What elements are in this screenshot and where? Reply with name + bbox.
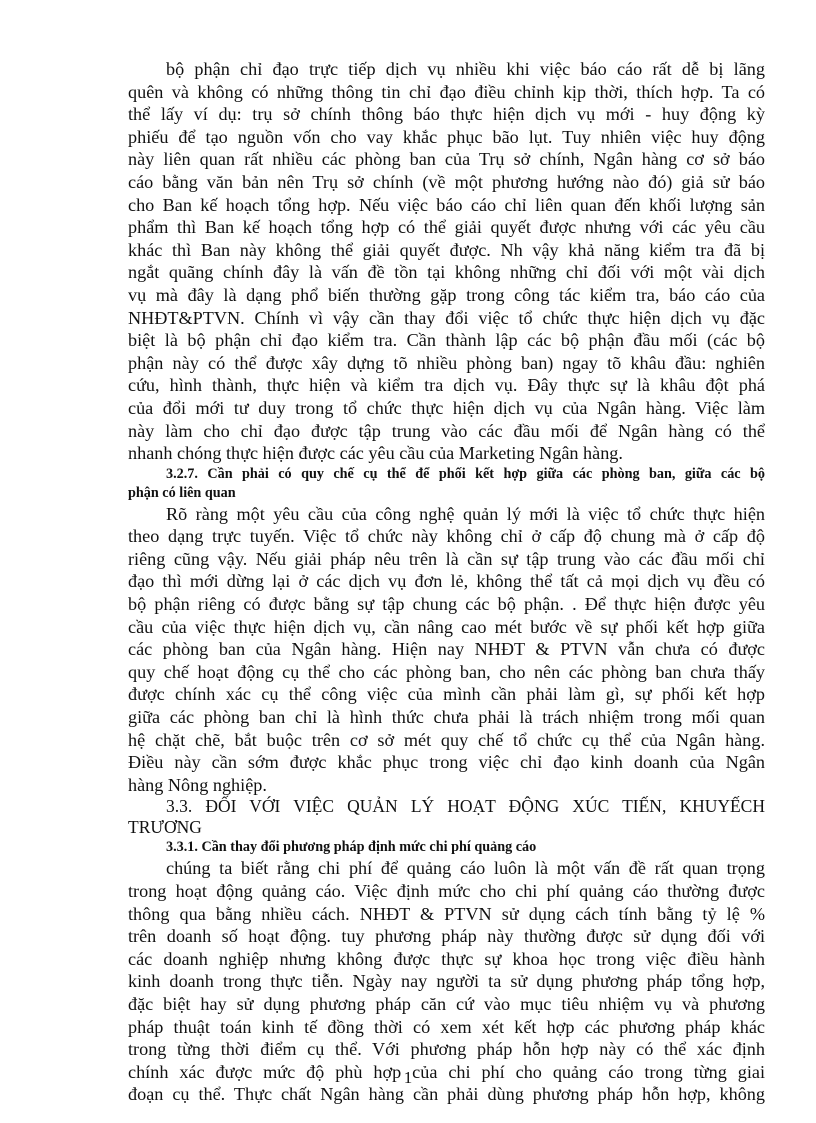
text-line: phận này có thể được xây dựng tõ nhiều p… [128,352,765,375]
heading-line: 3.2.7. Cần phải có quy chế cụ thể để phố… [128,465,765,484]
heading-line: phận có liên quan [128,484,765,503]
text-line: trong từng thời điểm cụ thể. Với phương … [128,1038,765,1061]
text-line: nhanh chóng thực hiện được các yêu cầu c… [128,442,765,465]
text-line: giữa các phòng ban chỉ là hình thức chưa… [128,706,765,729]
text-line: phiếu để tạo nguồn vốn cho vay khắc phục… [128,126,765,149]
text-line: các doanh nghiệp nhưng không được thực s… [128,948,765,971]
text-line: của đổi mới tư duy trong tổ chức thực hi… [128,397,765,420]
text-line: bộ phận riêng có được bằng sự tập chung … [128,593,765,616]
text-line: các phòng ban của Ngân hàng. Hiện nay NH… [128,638,765,661]
paragraph-coordination: Rõ ràng một yêu cầu của công nghệ quản l… [128,503,765,797]
text-line: phẩm thì Ban kế hoạch tổng hợp có thể gi… [128,216,765,239]
text-line: được chính xác cụ thể công việc của mình… [128,683,765,706]
text-line: cáo bằng văn bản nên Trụ sở chính (về mộ… [128,171,765,194]
text-line: quy chế hoạt động cụ thể cho các phòng b… [128,661,765,684]
text-line: theo dạng trực tuyến. Việc tổ chức này k… [128,525,765,548]
text-line: vụ mà đây là dạng phổ biến thường gặp tr… [128,284,765,307]
text-line: khác thì Ban này không thể giải quyết đư… [128,239,765,262]
text-line: chúng ta biết rằng chi phí để quảng cáo … [128,857,765,880]
text-line: này làm cho chỉ đạo được tập trung vào c… [128,420,765,443]
text-line: thể lấy ví dụ: trụ sở chính thông báo th… [128,103,765,126]
text-line: NHĐT&PTVN. Chính vì vậy cần thay đổi việ… [128,307,765,330]
text-line: kinh doanh trong thực tiễn. Ngày nay ngư… [128,970,765,993]
text-line: đạo thì mới dừng lại ở các dịch vụ đơn l… [128,570,765,593]
text-line: hệ chặt chẽ, bắt buộc trên cơ sở mét quy… [128,729,765,752]
text-line: pháp thuật toán kinh tế đồng thời có xem… [128,1016,765,1039]
document-page: bộ phận chỉ đạo trực tiếp dịch vụ nhiều … [128,58,765,1106]
text-line: biệt là bộ phận chỉ đạo kiểm tra. Cần th… [128,329,765,352]
text-line: bộ phận chỉ đạo trực tiếp dịch vụ nhiều … [128,58,765,81]
text-line: hàng Nông nghiệp. [128,774,765,797]
text-line: trên doanh số hoạt động. tuy phương pháp… [128,925,765,948]
heading-line: 3.3. ĐỐI VỚI VIỆC QUẢN LÝ HOẠT ĐỘNG XÚC … [128,796,765,817]
text-line: ngắt quãng chính đây là vấn đề tồn tại k… [128,261,765,284]
text-line: riêng cũng vậy. Nếu giải pháp nêu trên l… [128,548,765,571]
text-line: này liên quan rất nhiều các phòng ban củ… [128,148,765,171]
text-line: thông qua bằng nhiều cách. NHĐT & PTVN s… [128,903,765,926]
section-heading-3-2-7: 3.2.7. Cần phải có quy chế cụ thể để phố… [128,465,765,503]
heading-line: TRƯƠNG [128,817,765,838]
text-line: cho Ban kế hoạch tổng hợp. Nếu việc báo … [128,194,765,217]
section-heading-3-3: 3.3. ĐỐI VỚI VIỆC QUẢN LÝ HOẠT ĐỘNG XÚC … [128,796,765,838]
text-line: cứu, hình thành, thực hiện và kiểm tra d… [128,374,765,397]
text-line: trong hoạt động quảng cáo. Việc định mức… [128,880,765,903]
text-line: Điều này cần sớm được khắc phục trong vi… [128,751,765,774]
text-line: quên và không có những thông tin chỉ đạo… [128,81,765,104]
page-number: 1 [0,1068,816,1088]
section-heading-3-3-1: 3.3.1. Cần thay đổi phương pháp định mức… [128,838,765,857]
text-line: cầu của việc thực hiện dịch vụ, cần nâng… [128,616,765,639]
text-line: đặc biệt hay sử dụng phương pháp căn cứ … [128,993,765,1016]
text-line: Rõ ràng một yêu cầu của công nghệ quản l… [128,503,765,526]
heading-line: 3.3.1. Cần thay đổi phương pháp định mức… [128,838,765,857]
paragraph-reporting: bộ phận chỉ đạo trực tiếp dịch vụ nhiều … [128,58,765,465]
